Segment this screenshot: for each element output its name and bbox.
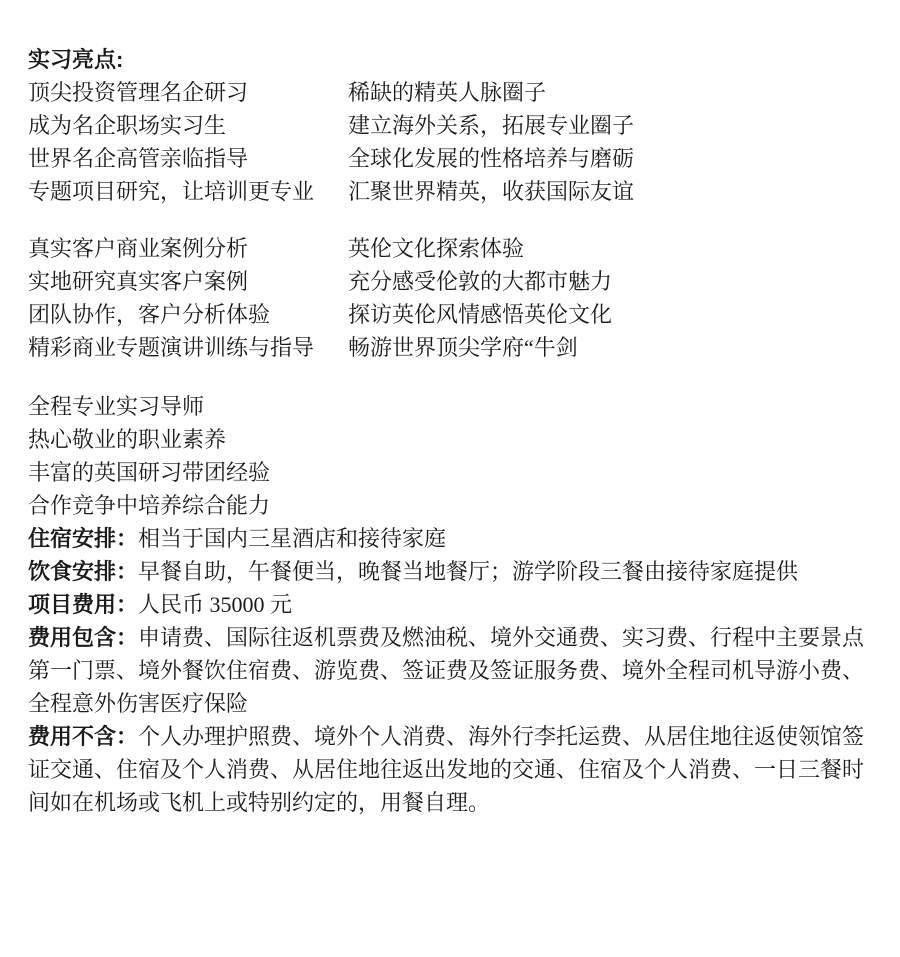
- highlight-right: 探访英伦风情感悟英伦文化: [348, 298, 885, 331]
- highlight-row: 实地研究真实客户案例 充分感受伦敦的大都市魅力: [28, 265, 885, 298]
- highlight-left: 丰富的英国研习带团经验: [28, 456, 348, 489]
- section-text: 早餐自助，午餐便当，晚餐当地餐厅；游学阶段三餐由接待家庭提供: [138, 559, 798, 584]
- highlight-right: 建立海外关系，拓展专业圈子: [348, 109, 885, 142]
- document: 实习亮点: 顶尖投资管理名企研习 稀缺的精英人脉圈子 成为名企职场实习生 建立海…: [0, 0, 900, 819]
- highlight-left: 专题项目研究，让培训更专业: [28, 175, 348, 208]
- section-label: 住宿安排：: [28, 526, 138, 551]
- highlight-row: 成为名企职场实习生 建立海外关系，拓展专业圈子: [28, 109, 885, 142]
- highlights-title: 实习亮点:: [28, 43, 885, 76]
- highlights-group-2: 真实客户商业案例分析 英伦文化探索体验 实地研究真实客户案例 充分感受伦敦的大都…: [28, 232, 885, 364]
- highlight-right: [348, 423, 885, 456]
- highlight-row: 全程专业实习导师: [28, 390, 885, 423]
- section-text: 个人办理护照费、境外个人消费、海外行李托运费、从居住地往返使领馆签证交通、住宿及…: [28, 724, 864, 815]
- highlight-left: 全程专业实习导师: [28, 390, 348, 423]
- highlight-left: 成为名企职场实习生: [28, 109, 348, 142]
- highlight-row: 真实客户商业案例分析 英伦文化探索体验: [28, 232, 885, 265]
- highlight-left: 团队协作，客户分析体验: [28, 298, 348, 331]
- highlight-row: 精彩商业专题演讲训练与指导 畅游世界顶尖学府“牛剑: [28, 331, 885, 364]
- highlight-row: 顶尖投资管理名企研习 稀缺的精英人脉圈子: [28, 76, 885, 109]
- highlight-left: 精彩商业专题演讲训练与指导: [28, 331, 348, 364]
- highlights-group-3: 全程专业实习导师 热心敬业的职业素养 丰富的英国研习带团经验 合作竞争中培养综合…: [28, 390, 885, 522]
- section-label: 项目费用：: [28, 592, 138, 617]
- section-text: 人民币 35000 元: [138, 592, 292, 617]
- section-label: 饮食安排：: [28, 559, 138, 584]
- section-label: 费用不含：: [28, 724, 138, 749]
- highlight-row: 热心敬业的职业素养: [28, 423, 885, 456]
- section-fee-excludes: 费用不含：个人办理护照费、境外个人消费、海外行李托运费、从居住地往返使领馆签证交…: [28, 720, 885, 819]
- highlight-right: [348, 456, 885, 489]
- highlight-left: 热心敬业的职业素养: [28, 423, 348, 456]
- section-label: 费用包含：: [28, 625, 138, 650]
- highlight-row: 团队协作，客户分析体验 探访英伦风情感悟英伦文化: [28, 298, 885, 331]
- highlight-left: 合作竞争中培养综合能力: [28, 489, 348, 522]
- highlight-row: 专题项目研究，让培训更专业 汇聚世界精英，收获国际友谊: [28, 175, 885, 208]
- section-fee-includes: 费用包含：申请费、国际往返机票费及燃油税、境外交通费、实习费、行程中主要景点第一…: [28, 621, 885, 720]
- highlight-row: 丰富的英国研习带团经验: [28, 456, 885, 489]
- highlight-right: 汇聚世界精英，收获国际友谊: [348, 175, 885, 208]
- highlight-right: 稀缺的精英人脉圈子: [348, 76, 885, 109]
- highlight-left: 实地研究真实客户案例: [28, 265, 348, 298]
- highlight-left: 真实客户商业案例分析: [28, 232, 348, 265]
- highlight-right: 英伦文化探索体验: [348, 232, 885, 265]
- section-text: 申请费、国际往返机票费及燃油税、境外交通费、实习费、行程中主要景点第一门票、境外…: [28, 625, 864, 716]
- highlight-right: 全球化发展的性格培养与磨砺: [348, 142, 885, 175]
- section-meals: 饮食安排：早餐自助，午餐便当，晚餐当地餐厅；游学阶段三餐由接待家庭提供: [28, 555, 885, 588]
- section-text: 相当于国内三星酒店和接待家庭: [138, 526, 446, 551]
- highlight-row: 合作竞争中培养综合能力: [28, 489, 885, 522]
- highlight-right: [348, 390, 885, 423]
- highlight-left: 世界名企高管亲临指导: [28, 142, 348, 175]
- highlight-right: 充分感受伦敦的大都市魅力: [348, 265, 885, 298]
- highlight-right: [348, 489, 885, 522]
- section-fee: 项目费用：人民币 35000 元: [28, 588, 885, 621]
- highlight-right: 畅游世界顶尖学府“牛剑: [348, 331, 885, 364]
- highlight-row: 世界名企高管亲临指导 全球化发展的性格培养与磨砺: [28, 142, 885, 175]
- highlights-group-1: 顶尖投资管理名企研习 稀缺的精英人脉圈子 成为名企职场实习生 建立海外关系，拓展…: [28, 76, 885, 208]
- highlight-left: 顶尖投资管理名企研习: [28, 76, 348, 109]
- section-accommodation: 住宿安排：相当于国内三星酒店和接待家庭: [28, 522, 885, 555]
